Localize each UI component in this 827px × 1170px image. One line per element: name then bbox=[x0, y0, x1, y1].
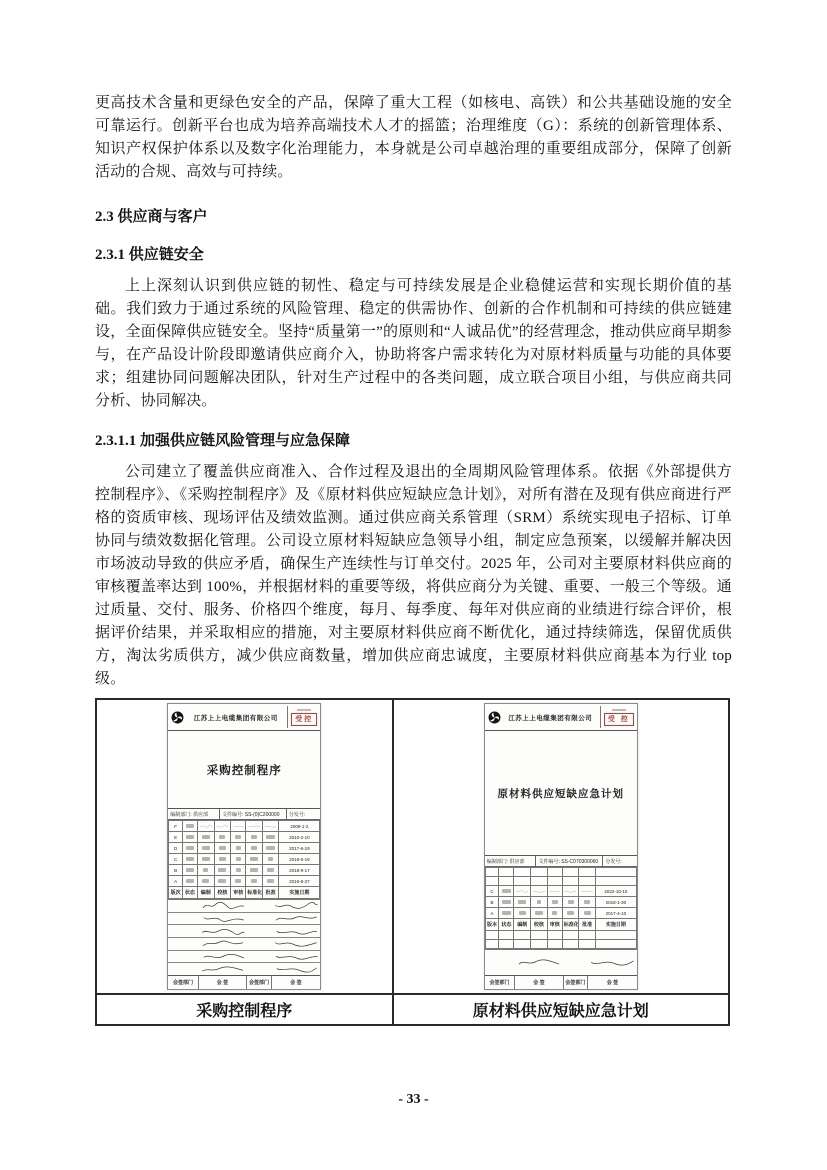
signature-row bbox=[168, 925, 320, 938]
scan-title-zone: 采购控制程序 bbox=[168, 731, 320, 809]
revision-row: D 2017-6-19 bbox=[169, 843, 320, 854]
stamp-box: 受 控 bbox=[600, 706, 634, 728]
dist-number-label: 分发号: bbox=[603, 856, 636, 866]
dept-label: 编制部门: 供应部 bbox=[168, 809, 220, 819]
figure-cell-right: 江苏上上电缆集团有限公司 受 控 原材料供应短缺应急计划 编制部门: 供应部 文… bbox=[394, 700, 728, 993]
company-name: 江苏上上电缆集团有限公司 bbox=[187, 713, 284, 722]
scan-doc-title: 采购控制程序 bbox=[207, 762, 282, 778]
revision-row: C 2018-6-19 bbox=[169, 854, 320, 865]
page-number: - 33 - bbox=[0, 1092, 827, 1108]
page-content: 更高技术含量和更绿色安全的产品，保障了重大工程（如核电、高铁）和公共基础设施的安… bbox=[95, 92, 732, 1026]
signature-row bbox=[168, 900, 320, 913]
scan-doc-title: 原材料供应短缺应急计划 bbox=[498, 786, 625, 801]
revision-header-row: 版本 状态 编制 校核 审核 标准化 批准 实施日期 bbox=[485, 919, 636, 931]
document-page: 更高技术含量和更绿色安全的产品，保障了重大工程（如核电、高铁）和公共基础设施的安… bbox=[0, 0, 827, 1170]
dist-number-label: 分发号: bbox=[287, 809, 320, 819]
micro-text-mark bbox=[297, 709, 311, 711]
revision-header-row: 版次 状态 编制 校核 审核 标准化 批准 实施日期 bbox=[169, 887, 320, 899]
revision-row: F 2008-1-2 bbox=[169, 821, 320, 832]
micro-text-mark bbox=[612, 709, 626, 711]
revision-table: C 2022-10-10 B bbox=[485, 867, 637, 949]
figure-scanned-documents: 江苏上上电缆集团有限公司 受控 采购控制程序 编制部门: 供应部 文件编号: S… bbox=[95, 698, 730, 1026]
countersign-row: 会签部门 会 签 会签部门 会 签 bbox=[485, 975, 637, 989]
signature-area bbox=[485, 949, 637, 975]
scan-procurement-control-procedure: 江苏上上电缆集团有限公司 受控 采购控制程序 编制部门: 供应部 文件编号: S… bbox=[167, 703, 321, 990]
company-name: 江苏上上电缆集团有限公司 bbox=[504, 713, 597, 722]
dept-label: 编制部门: 供应部 bbox=[485, 856, 537, 866]
revision-row: C 2022-10-10 bbox=[485, 886, 636, 897]
revision-row: A 2016-6-27 bbox=[169, 876, 320, 887]
paragraph-governance: 更高技术含量和更绿色安全的产品，保障了重大工程（如核电、高铁）和公共基础设施的安… bbox=[95, 92, 732, 184]
heading-supply-chain-security: 2.3.1 供应链安全 bbox=[95, 243, 732, 264]
revision-row: A 2017-4-10 bbox=[485, 908, 636, 919]
caption-emergency-plan: 原材料供应短缺应急计划 bbox=[394, 993, 728, 1024]
revision-table: F 2008-1-2 E bbox=[168, 820, 320, 899]
company-logo-icon bbox=[488, 711, 501, 724]
signature-row bbox=[168, 963, 320, 975]
signature-row bbox=[485, 950, 637, 975]
paragraph-risk-management: 公司建立了覆盖供应商准入、合作过程及退出的全周期风险管理体系。依据《外部提供方控… bbox=[95, 461, 732, 691]
stamp-box: 受控 bbox=[287, 706, 317, 728]
doc-number-label: 文件编号: SS-(0)C200000 bbox=[220, 809, 287, 819]
scan-info-row: 编制部门: 供应部 文件编号: SS-(0)C200000 分发号: bbox=[168, 809, 320, 820]
controlled-stamp: 受 控 bbox=[604, 713, 634, 726]
scan-header: 江苏上上电缆集团有限公司 受控 bbox=[168, 704, 320, 731]
company-logo-icon bbox=[171, 711, 184, 724]
controlled-stamp: 受控 bbox=[291, 713, 317, 726]
signature-row bbox=[168, 951, 320, 964]
revision-row: E 2010-2-10 bbox=[169, 832, 320, 843]
revision-row: B 2018-1-30 bbox=[485, 897, 636, 908]
figure-cell-left: 江苏上上电缆集团有限公司 受控 采购控制程序 编制部门: 供应部 文件编号: S… bbox=[97, 700, 394, 993]
doc-number-label: 文件编号: SS-C070300060 bbox=[536, 856, 603, 866]
countersign-row: 会签部门 会 签 会签部门 会 签 bbox=[168, 975, 320, 989]
signature-row bbox=[168, 913, 320, 926]
heading-suppliers-customers: 2.3 供应商与客户 bbox=[95, 205, 732, 226]
scan-title-zone: 原材料供应短缺应急计划 bbox=[485, 731, 637, 856]
paragraph-supply-chain: 上上深刻认识到供应链的韧性、稳定与可持续发展是企业稳健运营和实现长期价值的基础。… bbox=[95, 275, 732, 413]
heading-risk-management: 2.3.1.1 加强供应链风险管理与应急保障 bbox=[95, 429, 732, 450]
signature-area bbox=[168, 899, 320, 975]
signature-row bbox=[168, 938, 320, 951]
revision-row: B 2018-9-17 bbox=[169, 865, 320, 876]
caption-procurement-control: 采购控制程序 bbox=[97, 993, 394, 1024]
scan-info-row: 编制部门: 供应部 文件编号: SS-C070300060 分发号: bbox=[485, 856, 637, 867]
scan-raw-material-emergency-plan: 江苏上上电缆集团有限公司 受 控 原材料供应短缺应急计划 编制部门: 供应部 文… bbox=[484, 703, 638, 990]
scan-header: 江苏上上电缆集团有限公司 受 控 bbox=[485, 704, 637, 731]
